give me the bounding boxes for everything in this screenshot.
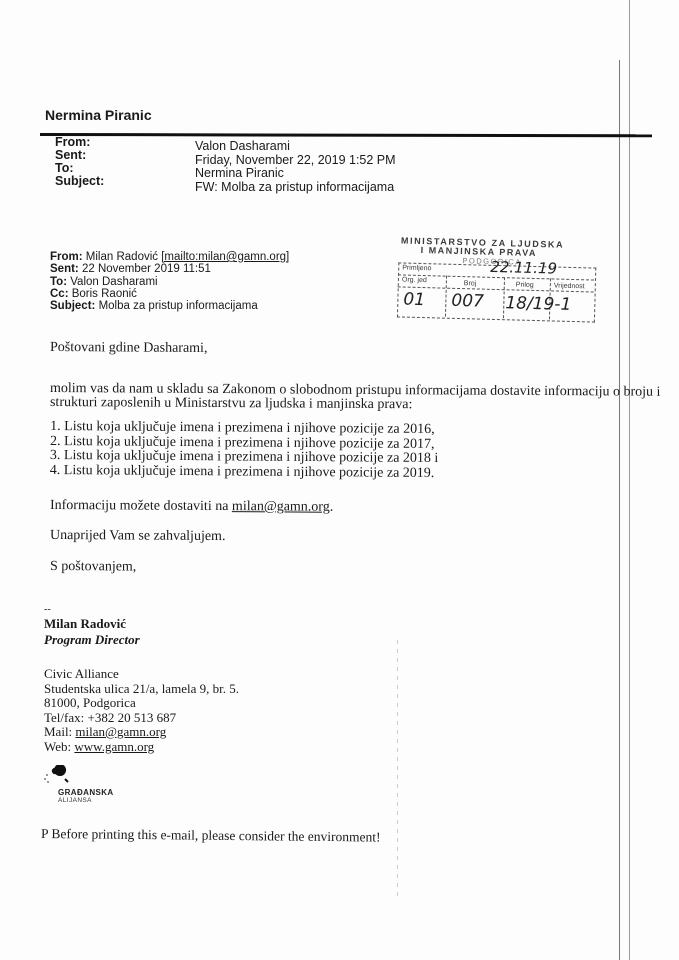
stamp-prilog-value: 18/19-1 bbox=[505, 293, 571, 315]
thanks-line: Unaprijed Vam se zahvaljujem. bbox=[50, 528, 226, 545]
mail-label: Mail: bbox=[44, 724, 75, 739]
signature-web-link[interactable]: www.gamn.org bbox=[74, 739, 154, 754]
request-paragraph-line2: strukturi zaposlenih u Ministarstvu za l… bbox=[50, 395, 412, 413]
stamp-broj-value: 007 bbox=[451, 291, 484, 312]
signature-role: Program Director bbox=[44, 632, 140, 648]
mailbox-owner: Nermina Piranic bbox=[45, 107, 152, 123]
signature-city: 81000, Podgorica bbox=[44, 696, 239, 711]
from-value: Valon Dasharami bbox=[195, 140, 290, 153]
stamp-col-broj: Broj bbox=[464, 280, 477, 287]
stamp-received-label: Primljeno bbox=[402, 265, 431, 273]
signature-name: Milan Radović bbox=[44, 616, 126, 632]
fwd-to-value: Valon Dasharami bbox=[70, 276, 157, 288]
fwd-subject-value: Molba za pristup informacijama bbox=[99, 300, 258, 312]
fwd-from-label: From: bbox=[50, 251, 83, 263]
request-list: 1. Listu koja uključuje imena i prezimen… bbox=[50, 420, 439, 481]
closing-line: S poštovanjem, bbox=[50, 559, 136, 576]
scan-edge-line bbox=[619, 60, 620, 960]
signature-contact: Civic Alliance Studentska ulica 21/a, la… bbox=[44, 667, 239, 754]
scan-fold-mark bbox=[397, 640, 398, 900]
stamp-col-org: Org. jed bbox=[402, 277, 427, 285]
fwd-subject-label: Subject: bbox=[50, 300, 95, 312]
environment-note: P Before printing this e-mail, please co… bbox=[41, 826, 381, 846]
subject-label: Subject: bbox=[55, 175, 175, 188]
to-value: Nermina Piranic bbox=[195, 167, 284, 180]
signature-address: Studentska ulica 21/a, lamela 9, br. 5. bbox=[44, 682, 239, 697]
logo-text-line1: GRAĐANSKA bbox=[58, 788, 114, 797]
signature-separator: -- bbox=[44, 604, 51, 615]
fwd-to-label: To: bbox=[50, 276, 67, 288]
fwd-cc-value: Boris Raonić bbox=[72, 288, 137, 300]
gradjanska-alijansa-logo: GRAĐANSKA ALIJANSA bbox=[42, 765, 142, 810]
fwd-from-name: Milan Radović bbox=[86, 251, 158, 263]
greeting: Poštovani gdine Dasharami, bbox=[50, 340, 208, 357]
delivery-end: . bbox=[330, 500, 334, 515]
list-item: 4. Listu koja uključuje imena i prezimen… bbox=[50, 463, 438, 481]
stamp-org-value: 01 bbox=[403, 290, 425, 311]
signature-tel: Tel/fax: +382 20 513 687 bbox=[44, 711, 239, 726]
signature-mail-link[interactable]: milan@gamn.org bbox=[75, 724, 166, 739]
subject-value: FW: Molba za pristup informacijama bbox=[195, 181, 394, 194]
fwd-from-mailto-link[interactable]: [mailto:milan@gamn.org] bbox=[161, 251, 289, 263]
logo-text-line2: ALIJANSA bbox=[58, 797, 92, 804]
fwd-sent-value: 22 November 2019 11:51 bbox=[82, 263, 211, 275]
web-label: Web: bbox=[44, 739, 74, 754]
fwd-sent-label: Sent: bbox=[50, 263, 79, 275]
receipt-stamp: MINISTARSTVO ZA LJUDSKA I MANJINSKA PRAV… bbox=[391, 235, 603, 320]
forwarded-header: From: Milan Radović [mailto:milan@gamn.o… bbox=[50, 251, 289, 312]
email-header: From: Valon Dasharami Sent: Friday, Nove… bbox=[55, 136, 455, 196]
stamp-col-vrijednost: Vrijednost bbox=[554, 282, 585, 290]
signature-org: Civic Alliance bbox=[44, 667, 239, 682]
stamp-col-prilog: Prilog bbox=[516, 281, 534, 288]
delivery-email-link[interactable]: milan@gamn.org bbox=[232, 499, 330, 515]
delivery-line: Informaciju možete dostaviti na milan@ga… bbox=[50, 498, 333, 516]
scan-edge-line bbox=[629, 0, 630, 960]
delivery-text: Informaciju možete dostaviti na bbox=[50, 498, 232, 514]
logo-mark-icon bbox=[42, 765, 82, 789]
stamp-received-date: 22.11.19 bbox=[490, 258, 557, 278]
fwd-cc-label: Cc: bbox=[50, 288, 69, 300]
